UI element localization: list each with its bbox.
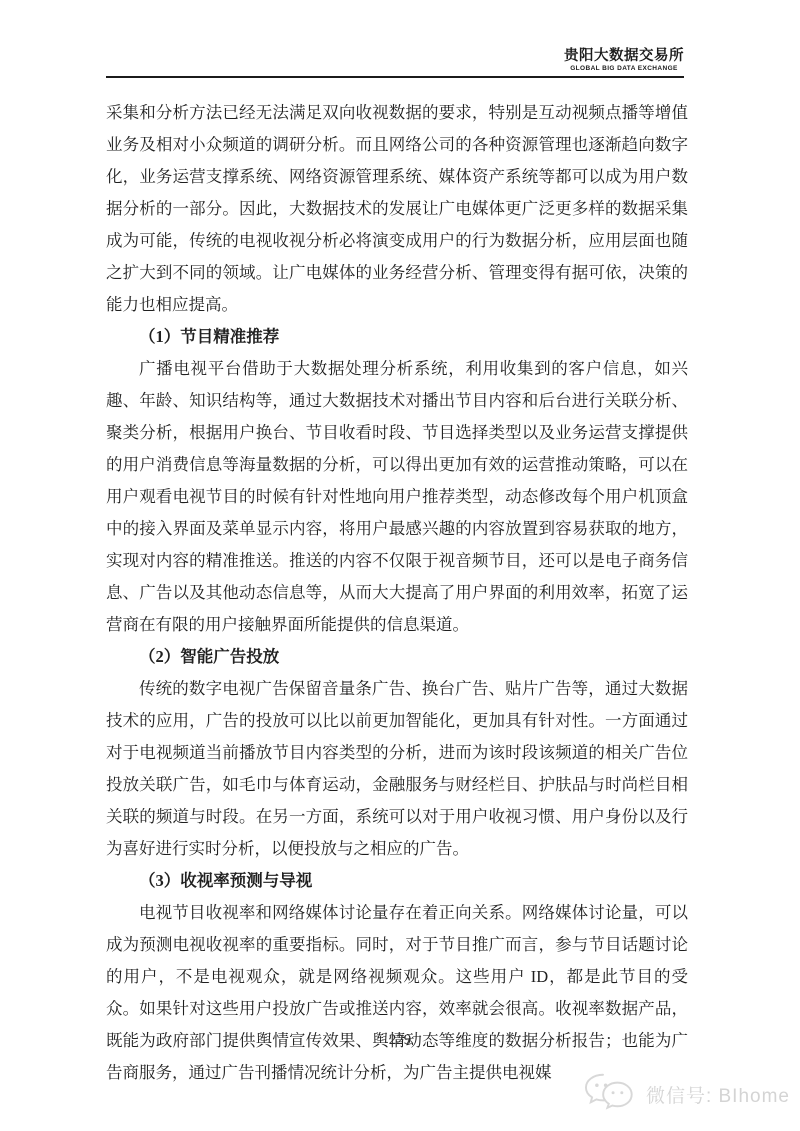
section-heading-3: （3）收视率预测与导视 <box>106 865 688 897</box>
paragraph-3: 传统的数字电视广告保留音量条广告、换台广告、贴片广告等，通过大数据技术的应用，广… <box>106 673 688 865</box>
wechat-icon <box>582 1072 638 1116</box>
wechat-watermark: 微信号: BIhome <box>582 1072 790 1116</box>
paragraph-2: 广播电视平台借助于大数据处理分析系统，利用收集到的客户信息，如兴趣、年龄、知识结… <box>106 353 688 641</box>
exchange-logo: 贵阳大数据交易所 GLOBAL BIG DATA EXCHANGE <box>564 49 684 72</box>
section-heading-2: （2）智能广告投放 <box>106 641 688 673</box>
logo-chinese-title: 贵阳大数据交易所 <box>564 49 684 64</box>
watermark-text: 微信号: BIhome <box>646 1081 790 1108</box>
paragraph-4: 电视节目收视率和网络媒体讨论量存在着正向关系。网络媒体讨论量，可以成为预测电视收… <box>106 897 688 1089</box>
page-header: 贵阳大数据交易所 GLOBAL BIG DATA EXCHANGE <box>106 0 684 80</box>
document-body: 采集和分析方法已经无法满足双向收视数据的要求，特别是互动视频点播等增值业务及相对… <box>106 97 688 1089</box>
paragraph-1: 采集和分析方法已经无法满足双向收视数据的要求，特别是互动视频点播等增值业务及相对… <box>106 97 688 321</box>
document-page: 贵阳大数据交易所 GLOBAL BIG DATA EXCHANGE 采集和分析方… <box>0 0 800 1131</box>
page-number: 229 <box>0 1032 800 1049</box>
logo-english-title: GLOBAL BIG DATA EXCHANGE <box>564 66 684 73</box>
section-heading-1: （1）节目精准推荐 <box>106 321 688 353</box>
header-divider <box>106 76 684 78</box>
